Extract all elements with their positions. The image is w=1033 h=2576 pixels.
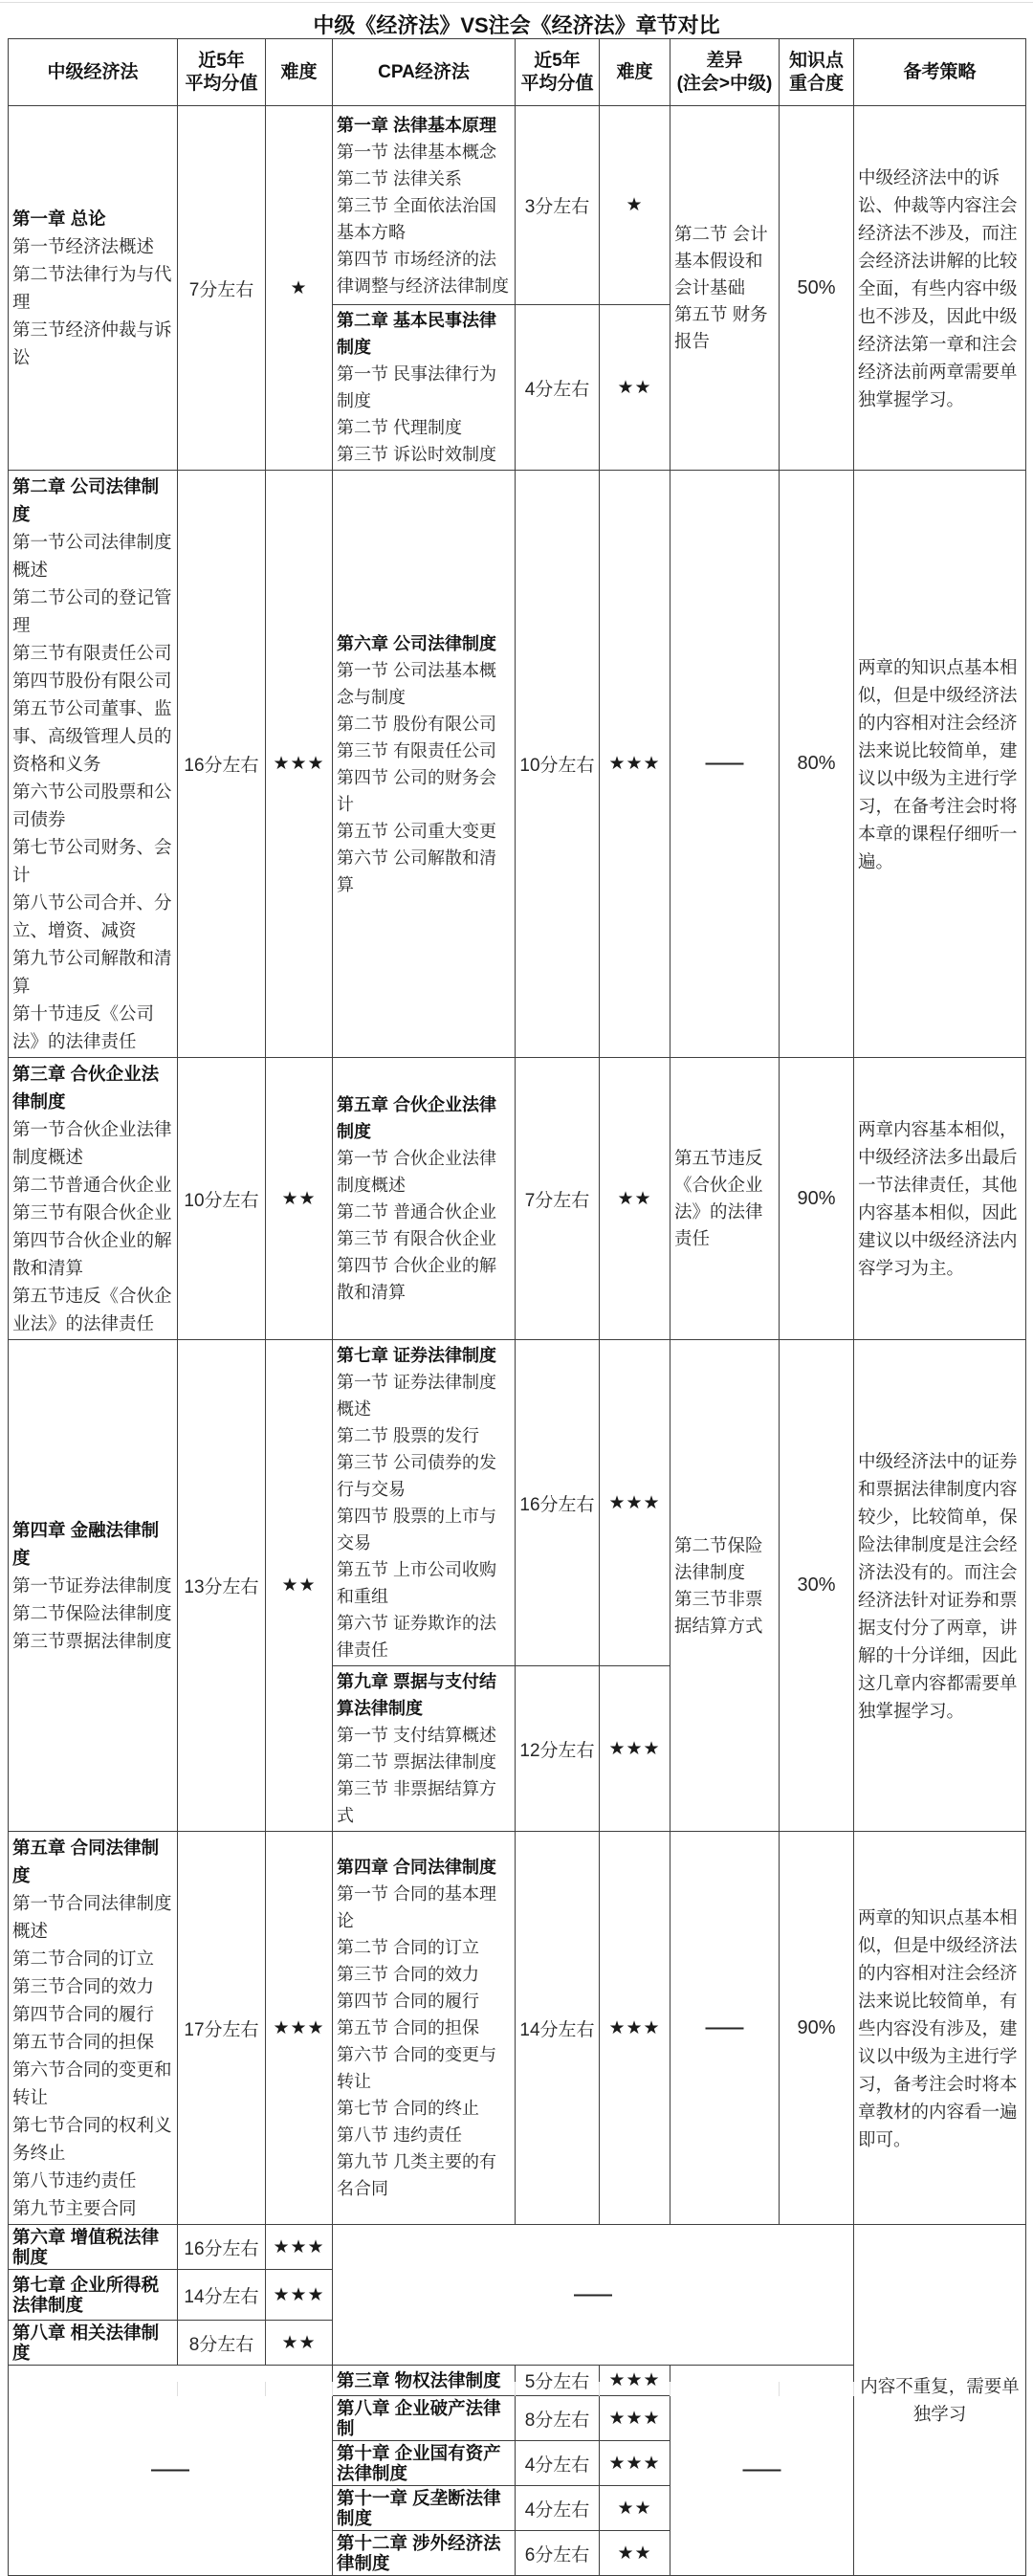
cell-cpa8-difficulty: ★★★: [600, 2396, 670, 2441]
chapter-sections: 第一节经济法概述 第二节法律行为与代理 第三节经济仲裁与诉讼: [12, 232, 173, 371]
cell-cpa12-difficulty: ★★: [600, 2531, 670, 2576]
chapter-title: 第二章 基本民事法律制度: [337, 307, 511, 361]
row-3: 第三章 合伙企业法律制度 第一节合伙企业法律制度概述 第二节普通合伙企业 第三节…: [9, 1058, 1026, 1340]
cell-cpa10-chapter: 第十章 企业国有资产法律制度: [333, 2441, 516, 2486]
cell-r5-overlap: 90%: [780, 1832, 854, 2225]
cell-cpa10-difficulty: ★★★: [600, 2441, 670, 2486]
cell-r4-mid-chapter: 第四章 金融法律制度 第一节证券法律制度 第二节保险法律制度 第三节票据法律制度: [9, 1340, 178, 1832]
chapter-sections: 第一节 法律基本概念 第二节 法律关系 第三节 全面依法治国基本方略 第四节 市…: [337, 139, 511, 299]
chapter-title: 第二章 公司法律制度: [12, 473, 173, 528]
row-5: 第五章 合同法律制度 第一节合同法律制度概述 第二节合同的订立 第三节合同的效力…: [9, 1832, 1026, 2225]
cell-r4-cpa-a-chapter: 第七章 证券法律制度 第一节 证券法律制度概述 第二节 股票的发行 第三节 公司…: [333, 1340, 516, 1666]
cell-r5-mid-score: 17分左右: [178, 1832, 266, 2225]
cell-r6-mid-chapter: 第六章 增值税法律制度: [9, 2225, 178, 2270]
cell-r7-mid-difficulty: ★★★: [266, 2270, 333, 2321]
cell-cpa8-chapter: 第八章 企业破产法律制: [333, 2396, 516, 2441]
cell-r1-mid-difficulty: ★: [266, 106, 333, 471]
cell-r2-cpa-chapter: 第六章 公司法律制度 第一节 公司法基本概念与制度 第二节 股份有限公司 第三节…: [333, 471, 516, 1058]
page-title: 中级《经济法》VS注会《经济法》章节对比: [0, 0, 1033, 38]
cell-r1-cpa-b-score: 4分左右: [516, 305, 600, 471]
cell-r3-mid-difficulty: ★★: [266, 1058, 333, 1340]
chapter-sections: 第一节 民事法律行为制度 第二节 代理制度 第三节 诉讼时效制度: [337, 361, 511, 468]
cell-r4-cpa-a-difficulty: ★★★: [600, 1340, 670, 1666]
cell-bottom-strategy: 内容不重复，需要单独学习: [854, 2225, 1026, 2576]
cell-r4-cpa-b-difficulty: ★★★: [600, 1666, 670, 1832]
cell-r1-cpa-b-difficulty: ★★: [600, 305, 670, 471]
col-header-difference: 差异 (注会>中级): [670, 39, 780, 106]
cell-r1-difference: 第二节 会计基本假设和会计基础 第五节 财务报告: [670, 106, 780, 471]
cell-r3-mid-score: 10分左右: [178, 1058, 266, 1340]
col-header-cpa: CPA经济法: [333, 39, 516, 106]
col-header-avg-score: 近5年 平均分值: [178, 39, 266, 106]
cell-r5-cpa-difficulty: ★★★: [600, 1832, 670, 2225]
ghost-gridlines: [8, 2382, 1025, 2397]
cell-r2-mid-difficulty: ★★★: [266, 471, 333, 1058]
cell-r3-overlap: 90%: [780, 1058, 854, 1340]
cell-cpa10-score: 4分左右: [516, 2441, 600, 2486]
cell-r1-mid-score: 7分左右: [178, 106, 266, 471]
header-row: 中级经济法 近5年 平均分值 难度 CPA经济法 近5年 平均分值 难度 差异 …: [9, 39, 1026, 106]
chapter-title: 第一章 总论: [12, 205, 173, 232]
cell-r4-mid-difficulty: ★★: [266, 1340, 333, 1832]
chapter-title: 第一章 法律基本原理: [337, 112, 511, 139]
col-header-avg-score-2: 近5年 平均分值: [516, 39, 600, 106]
cell-cpa12-score: 6分左右: [516, 2531, 600, 2576]
chapter-sections: 第一节 证券法律制度概述 第二节 股票的发行 第三节 公司债券的发行与交易 第四…: [337, 1369, 511, 1663]
cell-r4-cpa-a-score: 16分左右: [516, 1340, 600, 1666]
cell-r2-cpa-score: 10分左右: [516, 471, 600, 1058]
col-header-difficulty-2: 难度: [600, 39, 670, 106]
chapter-sections: 第一节 合同的基本理论 第二节 合同的订立 第三节 合同的效力 第四节 合同的履…: [337, 1881, 511, 2202]
chapter-sections: 第一节合伙企业法律制度概述 第二节普通合伙企业 第三节有限合伙企业 第四节合伙企…: [12, 1115, 173, 1337]
cell-cpa12-chapter: 第十二章 涉外经济法律制度: [333, 2531, 516, 2576]
cell-r2-mid-score: 16分左右: [178, 471, 266, 1058]
cell-r2-cpa-difficulty: ★★★: [600, 471, 670, 1058]
chapter-title: 第三章 合伙企业法律制度: [12, 1060, 173, 1115]
cell-r4-mid-score: 13分左右: [178, 1340, 266, 1832]
cell-cpa11-score: 4分左右: [516, 2486, 600, 2531]
cell-r1-mid-chapter: 第一章 总论 第一节经济法概述 第二节法律行为与代理 第三节经济仲裁与诉讼: [9, 106, 178, 471]
cell-r1-cpa-a-score: 3分左右: [516, 106, 600, 305]
col-header-intermediate: 中级经济法: [9, 39, 178, 106]
row-2: 第二章 公司法律制度 第一节公司法律制度概述 第二节公司的登记管理 第三节有限责…: [9, 471, 1026, 1058]
cell-r4-overlap: 30%: [780, 1340, 854, 1832]
row-1a: 第一章 总论 第一节经济法概述 第二节法律行为与代理 第三节经济仲裁与诉讼 7分…: [9, 106, 1026, 305]
cell-r5-mid-difficulty: ★★★: [266, 1832, 333, 2225]
chapter-title: 第七章 证券法律制度: [337, 1342, 511, 1369]
cell-r4-cpa-b-score: 12分左右: [516, 1666, 600, 1832]
cell-r6-mid-score: 16分左右: [178, 2225, 266, 2270]
chapter-title: 第四章 合同法律制度: [337, 1854, 511, 1881]
cell-r7-mid-score: 14分左右: [178, 2270, 266, 2321]
cell-r1-strategy: 中级经济法中的诉讼、仲裁等内容注会经济法不涉及，而注会经济法讲解的比较全面，有些…: [854, 106, 1026, 471]
cell-r5-difference-dash: ——: [670, 1832, 780, 2225]
cell-r5-mid-chapter: 第五章 合同法律制度 第一节合同法律制度概述 第二节合同的订立 第三节合同的效力…: [9, 1832, 178, 2225]
cell-r3-strategy: 两章内容基本相似，中级经济法多出最后一节法律责任，其他内容基本相似，因此建议以中…: [854, 1058, 1026, 1340]
top-hairline: [0, 2, 1033, 3]
cell-r3-mid-chapter: 第三章 合伙企业法律制度 第一节合伙企业法律制度概述 第二节普通合伙企业 第三节…: [9, 1058, 178, 1340]
cell-r4-strategy: 中级经济法中的证券和票据法律制度内容较少，比较简单，保险法律制度是注会经济法没有…: [854, 1340, 1026, 1832]
col-header-overlap: 知识点 重合度: [780, 39, 854, 106]
chapter-sections: 第一节 公司法基本概念与制度 第二节 股份有限公司 第三节 有限责任公司 第四节…: [337, 657, 511, 898]
cell-r4-difference: 第二节保险法律制度 第三节非票据结算方式: [670, 1340, 780, 1832]
cell-r2-difference-dash: ——: [670, 471, 780, 1058]
chapter-title: 第六章 公司法律制度: [337, 630, 511, 657]
cell-r4-cpa-b-chapter: 第九章 票据与支付结算法律制度 第一节 支付结算概述 第二节 票据法律制度 第三…: [333, 1666, 516, 1832]
cell-r8-mid-difficulty: ★★: [266, 2321, 333, 2366]
cell-r2-strategy: 两章的知识点基本相似，但是中级经济法的内容相对注会经济法来说比较简单，建议以中级…: [854, 471, 1026, 1058]
cell-r3-cpa-difficulty: ★★: [600, 1058, 670, 1340]
chapter-sections: 第一节合同法律制度概述 第二节合同的订立 第三节合同的效力 第四节合同的履行 第…: [12, 1889, 173, 2222]
cell-r1-cpa-b-chapter: 第二章 基本民事法律制度 第一节 民事法律行为制度 第二节 代理制度 第三节 诉…: [333, 305, 516, 471]
cell-r7-mid-chapter: 第七章 企业所得税法律制度: [9, 2270, 178, 2321]
cell-r5-strategy: 两章的知识点基本相似，但是中级经济法的内容相对注会经济法来说比较简单，有些内容没…: [854, 1832, 1026, 2225]
cell-r8-mid-score: 8分左右: [178, 2321, 266, 2366]
row-6: 第六章 增值税法律制度 16分左右 ★★★ —— 内容不重复，需要单独学习: [9, 2225, 1026, 2270]
row-4a: 第四章 金融法律制度 第一节证券法律制度 第二节保险法律制度 第三节票据法律制度…: [9, 1340, 1026, 1666]
cell-cpa11-chapter: 第十一章 反垄断法律制度: [333, 2486, 516, 2531]
cell-r6-mid-difficulty: ★★★: [266, 2225, 333, 2270]
cell-r5-cpa-chapter: 第四章 合同法律制度 第一节 合同的基本理论 第二节 合同的订立 第三节 合同的…: [333, 1832, 516, 2225]
cell-r2-overlap: 80%: [780, 471, 854, 1058]
cell-r2-mid-chapter: 第二章 公司法律制度 第一节公司法律制度概述 第二节公司的登记管理 第三节有限责…: [9, 471, 178, 1058]
comparison-table: 中级经济法 近5年 平均分值 难度 CPA经济法 近5年 平均分值 难度 差异 …: [8, 38, 1026, 2576]
chapter-sections: 第一节证券法律制度 第二节保险法律制度 第三节票据法律制度: [12, 1572, 173, 1655]
cell-r1-cpa-a-difficulty: ★: [600, 106, 670, 305]
chapter-title: 第九章 票据与支付结算法律制度: [337, 1668, 511, 1722]
cell-r1-cpa-a-chapter: 第一章 法律基本原理 第一节 法律基本概念 第二节 法律关系 第三节 全面依法治…: [333, 106, 516, 305]
chapter-sections: 第一节公司法律制度概述 第二节公司的登记管理 第三节有限责任公司 第四节股份有限…: [12, 528, 173, 1055]
cell-r8-mid-chapter: 第八章 相关法律制度: [9, 2321, 178, 2366]
cell-cpa8-score: 8分左右: [516, 2396, 600, 2441]
cell-cpa11-difficulty: ★★: [600, 2486, 670, 2531]
cell-r3-difference: 第五节违反《合伙企业法》的法律责任: [670, 1058, 780, 1340]
col-header-difficulty: 难度: [266, 39, 333, 106]
cell-r5-cpa-score: 14分左右: [516, 1832, 600, 2225]
chapter-sections: 第一节 合伙企业法律制度概述 第二节 普通合伙企业 第三节 有限合伙企业 第四节…: [337, 1145, 511, 1306]
col-header-strategy: 备考策略: [854, 39, 1026, 106]
cell-r3-cpa-score: 7分左右: [516, 1058, 600, 1340]
cell-tax-cpa-dash: ——: [333, 2225, 854, 2366]
cell-r3-cpa-chapter: 第五章 合伙企业法律制度 第一节 合伙企业法律制度概述 第二节 普通合伙企业 第…: [333, 1058, 516, 1340]
chapter-title: 第四章 金融法律制度: [12, 1516, 173, 1572]
chapter-sections: 第一节 支付结算概述 第二节 票据法律制度 第三节 非票据结算方式: [337, 1722, 511, 1829]
chapter-title: 第五章 合伙企业法律制度: [337, 1091, 511, 1145]
chapter-title: 第五章 合同法律制度: [12, 1834, 173, 1889]
cell-r1-overlap: 50%: [780, 106, 854, 471]
